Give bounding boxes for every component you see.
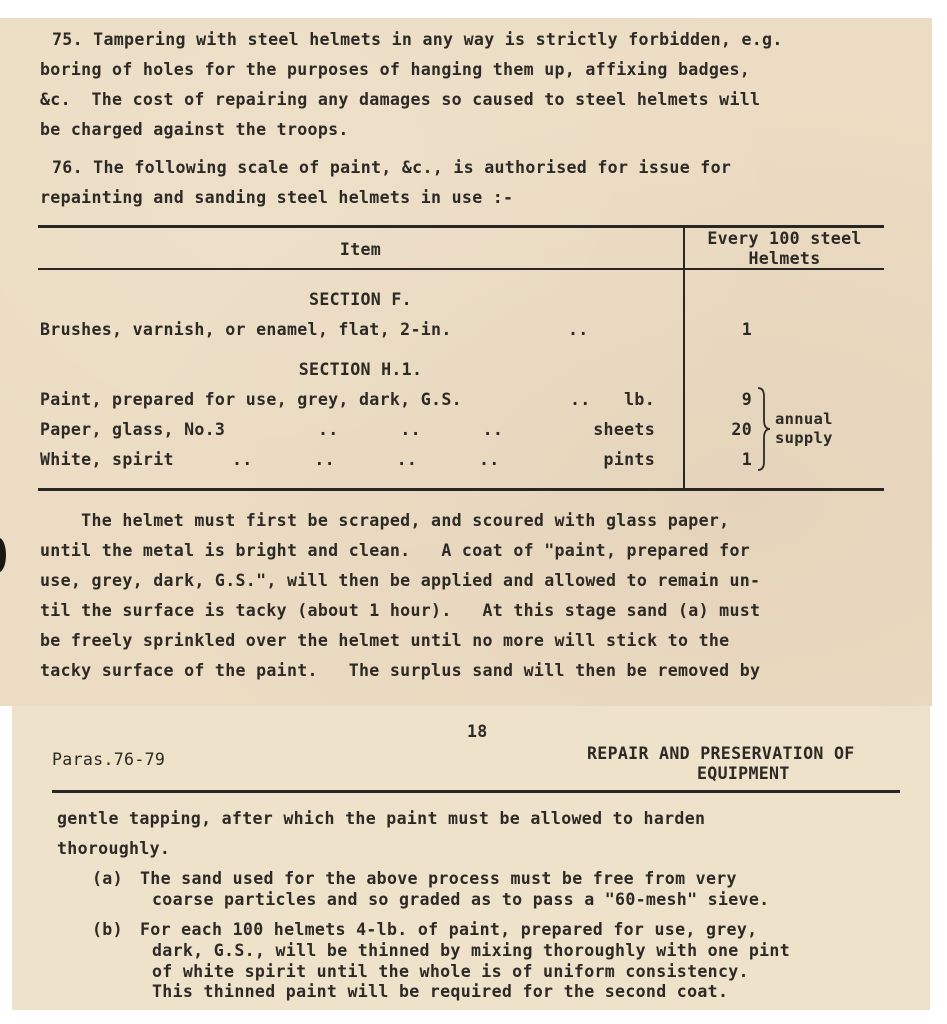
header-rule: [52, 790, 900, 793]
para-76-line-2: repainting and sanding steel helmets in …: [40, 188, 513, 207]
row-item: White, spirit: [40, 450, 174, 469]
table-bottom-rule: [38, 488, 884, 491]
body-text-line-6: tacky surface of the paint. The surplus …: [40, 661, 760, 680]
row-item: Paint, prepared for use, grey, dark, G.S…: [40, 390, 462, 409]
row-item: Paper, glass, No.3: [40, 420, 225, 439]
row-unit: lb.: [560, 390, 655, 409]
page-number: 18: [467, 722, 488, 741]
section-h1-title: SECTION H.1.: [38, 360, 683, 379]
para-75-line-3: &c. The cost of repairing any damages so…: [40, 90, 760, 109]
para-75-line-4: be charged against the troops.: [40, 120, 349, 139]
note-label: (a): [92, 869, 123, 888]
table-header-item: Item: [38, 240, 683, 259]
bracket-note-line-2: supply: [775, 429, 833, 447]
note-line: dark, G.S., will be thinned by mixing th…: [152, 941, 790, 960]
running-title-line-2: EQUIPMENT: [697, 764, 790, 783]
row-item: Brushes, varnish, or enamel, flat, 2-in.: [40, 320, 452, 339]
row-qty: 1: [700, 320, 752, 339]
row-qty: 9: [700, 390, 752, 409]
row-unit: pints: [560, 450, 655, 469]
note-line: of white spirit until the whole is of un…: [152, 962, 749, 981]
curly-brace-icon: [756, 386, 774, 472]
body-text-line-2: until the metal is bright and clean. A c…: [40, 541, 750, 560]
para-75-line-1: 75. Tampering with steel helmets in any …: [52, 30, 783, 49]
note-line: The sand used for the above process must…: [140, 869, 737, 888]
continuation-line-1: gentle tapping, after which the paint mu…: [57, 809, 705, 828]
section-f-title: SECTION F.: [38, 290, 683, 309]
row-unit: sheets: [560, 420, 655, 439]
body-text-line-5: be freely sprinkled over the helmet unti…: [40, 631, 729, 650]
row-leaders: .. .. ..: [318, 420, 503, 439]
para-75-line-2: boring of holes for the purposes of hang…: [40, 60, 750, 79]
binder-hole: [0, 538, 6, 572]
note-label: (b): [92, 920, 123, 939]
row-leaders: .. .. .. ..: [232, 450, 500, 469]
para-76-line-1: 76. The following scale of paint, &c., i…: [52, 158, 731, 177]
table-header-rule: [38, 268, 884, 270]
row-leaders: ..: [568, 320, 589, 339]
document-page-bottom: 18 Paras.76-79 REPAIR AND PRESERVATION O…: [12, 706, 930, 1010]
row-qty: 1: [700, 450, 752, 469]
body-text-line-1: The helmet must first be scraped, and sc…: [40, 511, 729, 530]
document-page-top: 75. Tampering with steel helmets in any …: [0, 18, 932, 706]
running-title-line-1: REPAIR AND PRESERVATION OF: [587, 744, 855, 763]
table-top-rule: [38, 225, 884, 228]
body-text-line-4: til the surface is tacky (about 1 hour).…: [40, 601, 760, 620]
row-qty: 20: [700, 420, 752, 439]
table-header-qty-line-1: Every 100 steel: [685, 229, 884, 248]
body-text-line-3: use, grey, dark, G.S.", will then be app…: [40, 571, 760, 590]
note-line: coarse particles and so graded as to pas…: [152, 890, 769, 909]
bracket-note-line-1: annual: [775, 410, 833, 428]
table-header-qty-line-2: Helmets: [685, 249, 884, 268]
note-line: This thinned paint will be required for …: [152, 982, 728, 1001]
continuation-line-2: thoroughly.: [57, 839, 170, 858]
note-line: For each 100 helmets 4-lb. of paint, pre…: [140, 920, 757, 939]
paras-reference: Paras.76-79: [52, 750, 165, 769]
